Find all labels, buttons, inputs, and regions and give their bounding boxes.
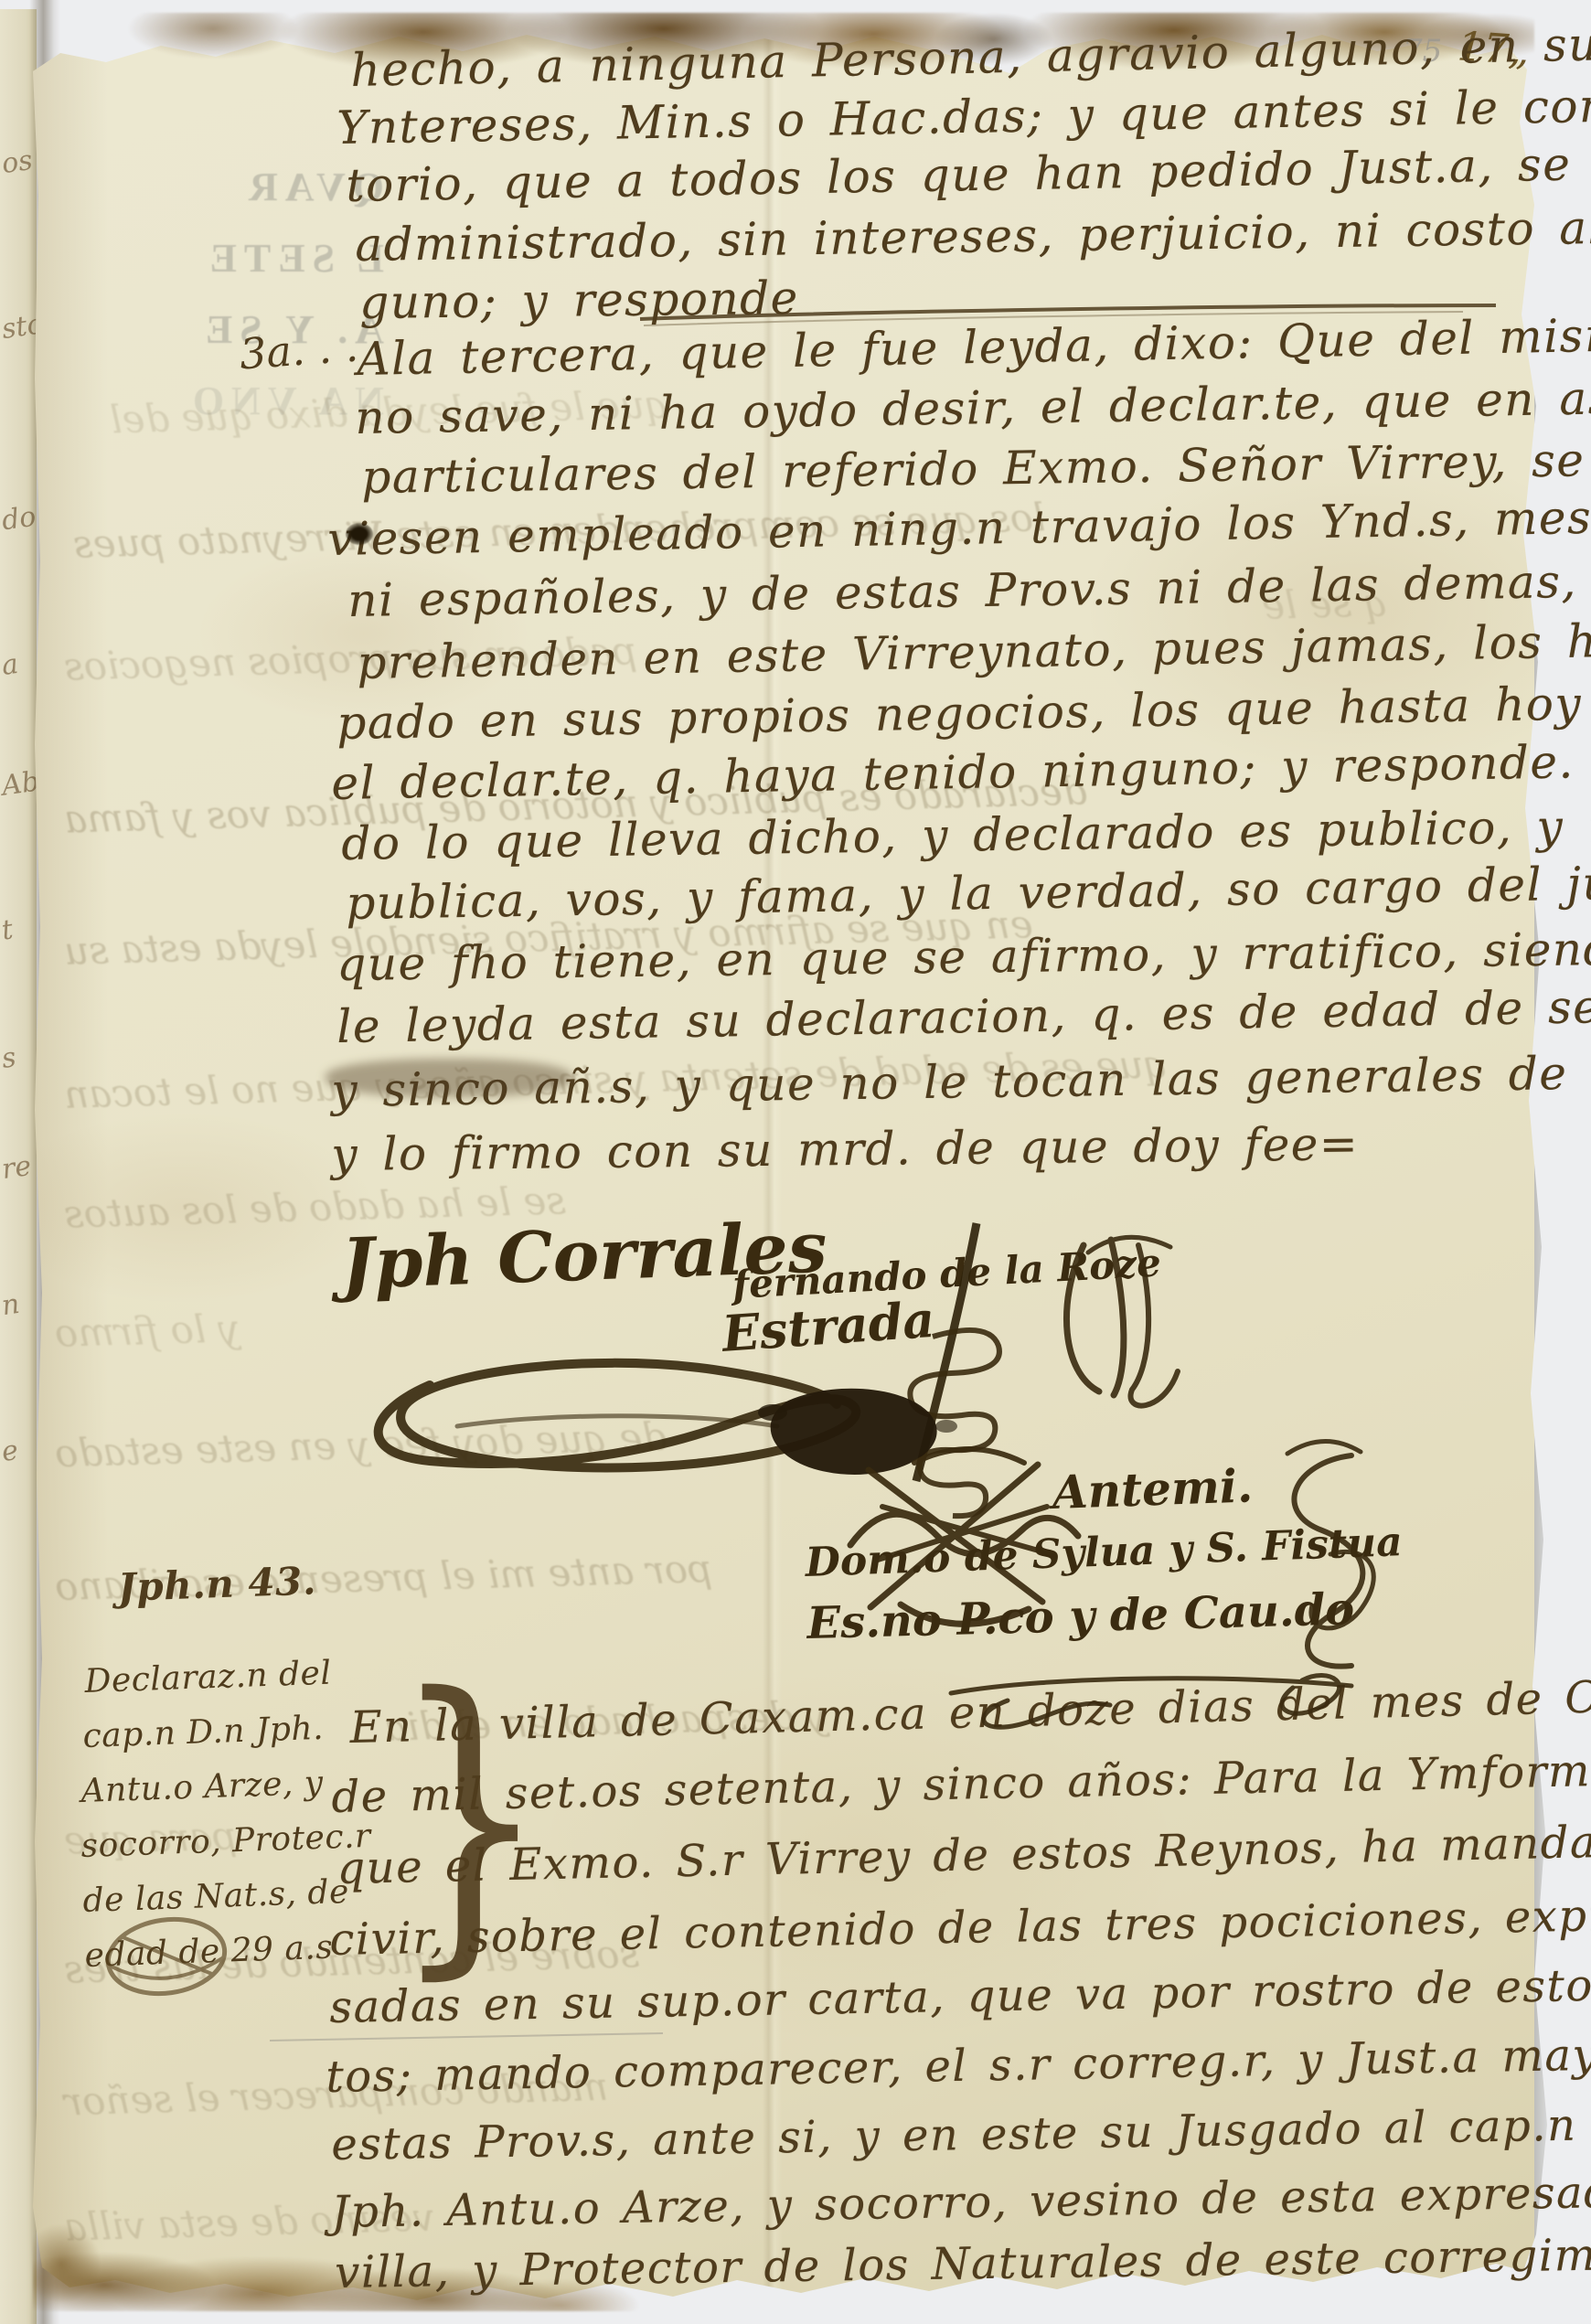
lattice-rubric xyxy=(850,1449,1078,1624)
roze-flourish xyxy=(1066,1237,1178,1405)
margin-scribble xyxy=(103,1912,230,2000)
antemi-flourish xyxy=(1287,1441,1373,1666)
responde-rule xyxy=(640,305,1496,325)
pencil-line xyxy=(270,2033,663,2041)
manuscript-scan: os sto do a Ab t s re n e QVAR L SETE A.… xyxy=(0,0,1591,2324)
signature-flourishes xyxy=(0,0,1591,2324)
ink-blot-large xyxy=(758,1389,957,1475)
notary-underline-flourish xyxy=(951,1676,1351,1728)
